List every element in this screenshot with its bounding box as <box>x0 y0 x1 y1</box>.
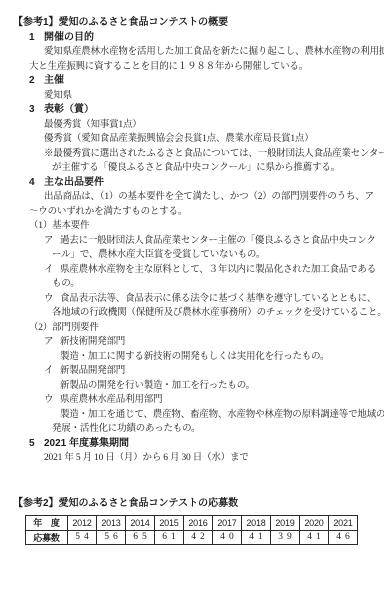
count-cell: 65 <box>126 530 155 545</box>
section-3-body-line: 最優秀賞（知事賞1点） <box>0 118 384 133</box>
year-cell: 2016 <box>184 516 213 531</box>
count-cell: 61 <box>155 530 184 545</box>
section-1-heading: 1開催の目的 <box>0 31 384 46</box>
section-4-heading: 4主な出品要件 <box>0 176 384 191</box>
count-cell: 54 <box>68 530 97 545</box>
section-2-heading: 2主催 <box>0 74 384 89</box>
section-3-heading: 3表彰（賞） <box>0 103 384 118</box>
year-cell: 2012 <box>68 516 97 531</box>
category-title: 新製品開発部門 <box>60 366 125 376</box>
year-cell: 2014 <box>126 516 155 531</box>
item-marker: ア <box>44 234 60 249</box>
section-3-note-line: が主催する「優良ふるさと食品中央コンクール」に県から推薦する。 <box>0 161 384 176</box>
section-3-body-line: 優秀賞（愛知食品産業振興協会会長賞1点、農業水産局長賞1点） <box>0 132 384 147</box>
count-cell: 41 <box>242 530 271 545</box>
section-5-number: 5 <box>29 437 44 452</box>
basic-req-item-i: イ県産農林水産物を主な原料として、３年以内に製品化された加工食品である <box>0 263 384 278</box>
section-1-number: 1 <box>29 31 44 46</box>
basic-req-item-a: ア過去に一般財団法人食品産業センター主催の「優良ふるさと食品中央コンク <box>0 234 384 249</box>
item-marker: ウ <box>44 393 60 408</box>
section-5-body-line: 2021 年 5 月 10 日（月）から 6 月 30 日（水）まで <box>0 451 384 466</box>
year-cell: 2020 <box>300 516 329 531</box>
year-cell: 2017 <box>213 516 242 531</box>
document-page: 【参考1】愛知のふるさと食品コンテストの概要 1開催の目的 愛知県産農林水産物を… <box>0 0 384 545</box>
section-4-heading-label: 主な出品要件 <box>44 177 104 188</box>
item-marker: ウ <box>44 292 60 307</box>
category-item-i: イ新製品開発部門 <box>0 364 384 379</box>
item-text: 食品表示法等、食品表示に係る法令に基づく基準を遵守しているとともに、 <box>60 294 376 304</box>
section-2-heading-label: 主催 <box>44 75 64 86</box>
category-item-a: ア新技術開発部門 <box>0 335 384 350</box>
ref2-title: 【参考2】愛知のふるさと食品コンテストの応募数 <box>0 497 384 512</box>
category-item-i-desc: 新製品の開発を行い製造・加工を行ったもの。 <box>0 379 384 394</box>
section-4-number: 4 <box>29 176 44 191</box>
section-2-body-line: 愛知県 <box>0 89 384 104</box>
item-marker: ア <box>44 335 60 350</box>
item-text: 過去に一般財団法人食品産業センター主催の「優良ふるさと食品中央コンク <box>60 236 376 246</box>
table-row-counts: 応募数 54 56 65 61 42 40 41 39 41 46 <box>26 530 358 545</box>
year-cell: 2019 <box>271 516 300 531</box>
basic-req-item-u: ウ食品表示法等、食品表示に係る法令に基づく基準を遵守しているとともに、 <box>0 292 384 307</box>
ref2-section: 【参考2】愛知のふるさと食品コンテストの応募数 年 度 2012 2013 20… <box>0 497 384 546</box>
category-item-a-desc: 製造・加工に関する新技術の開発もしくは実用化を行ったもの。 <box>0 350 384 365</box>
section-1-heading-label: 開催の目的 <box>44 32 94 43</box>
year-cell: 2018 <box>242 516 271 531</box>
basic-req-item-u-cont: 各地域の行政機関（保健所及び農林水産事務所）のチェックを受けていること。 <box>0 306 384 321</box>
basic-req-item-i-cont: もの。 <box>0 277 384 292</box>
year-cell: 2013 <box>97 516 126 531</box>
section-3-heading-label: 表彰（賞） <box>44 104 94 115</box>
ref1-title: 【参考1】愛知のふるさと食品コンテストの概要 <box>0 16 384 31</box>
section-3-note-line: ※最優秀賞に選出されたふるさと食品については、一般財団法人食品産業センター <box>0 147 384 162</box>
category-title: 県産農林水産品利用部門 <box>60 395 162 405</box>
count-cell: 42 <box>184 530 213 545</box>
section-1-body-line: 大と生産振興に資することを目的に１９８８年から開催している。 <box>0 60 384 75</box>
category-item-u-desc: 製造・加工を通じて、農産物、畜産物、水産物や林産物の原料調達等で地域の <box>0 408 384 423</box>
year-cell: 2021 <box>329 516 358 531</box>
year-header-cell: 年 度 <box>26 516 68 531</box>
section-5-heading: 52021 年度募集期間 <box>0 437 384 452</box>
section-2-number: 2 <box>29 74 44 89</box>
section-4-intro-line: ～ウのいずれかを満たすものとする。 <box>0 205 384 220</box>
section-5-heading-label: 2021 年度募集期間 <box>44 438 129 449</box>
item-marker: イ <box>44 263 60 278</box>
category-item-u: ウ県産農林水産品利用部門 <box>0 393 384 408</box>
item-marker: イ <box>44 364 60 379</box>
item-text: 県産農林水産物を主な原料として、３年以内に製品化された加工食品である <box>60 265 376 275</box>
section-1-body-line: 愛知県産農林水産物を活用した加工食品を新たに掘り起こし、農林水産物の利用拡 <box>0 45 384 60</box>
year-cell: 2015 <box>155 516 184 531</box>
basic-req-item-a-cont: ール」で、農林水産大臣賞を受賞していないもの。 <box>0 248 384 263</box>
count-cell: 40 <box>213 530 242 545</box>
count-cell: 41 <box>300 530 329 545</box>
section-3-number: 3 <box>29 103 44 118</box>
applications-table: 年 度 2012 2013 2014 2015 2016 2017 2018 2… <box>25 515 358 545</box>
category-requirements-label: （2）部門別要件 <box>0 321 384 336</box>
count-cell: 56 <box>97 530 126 545</box>
count-cell: 46 <box>329 530 358 545</box>
count-header-cell: 応募数 <box>26 530 68 545</box>
category-item-u-desc-cont: 発展・活性化に功績のあったもの。 <box>0 422 384 437</box>
count-cell: 39 <box>271 530 300 545</box>
basic-requirements-label: （1）基本要件 <box>0 219 384 234</box>
category-title: 新技術開発部門 <box>60 337 125 347</box>
section-4-intro-line: 出品商品は、（1）の基本要件を全て満たし、かつ（2）の部門別要件のうち、ア <box>0 190 384 205</box>
table-row-years: 年 度 2012 2013 2014 2015 2016 2017 2018 2… <box>26 516 358 531</box>
